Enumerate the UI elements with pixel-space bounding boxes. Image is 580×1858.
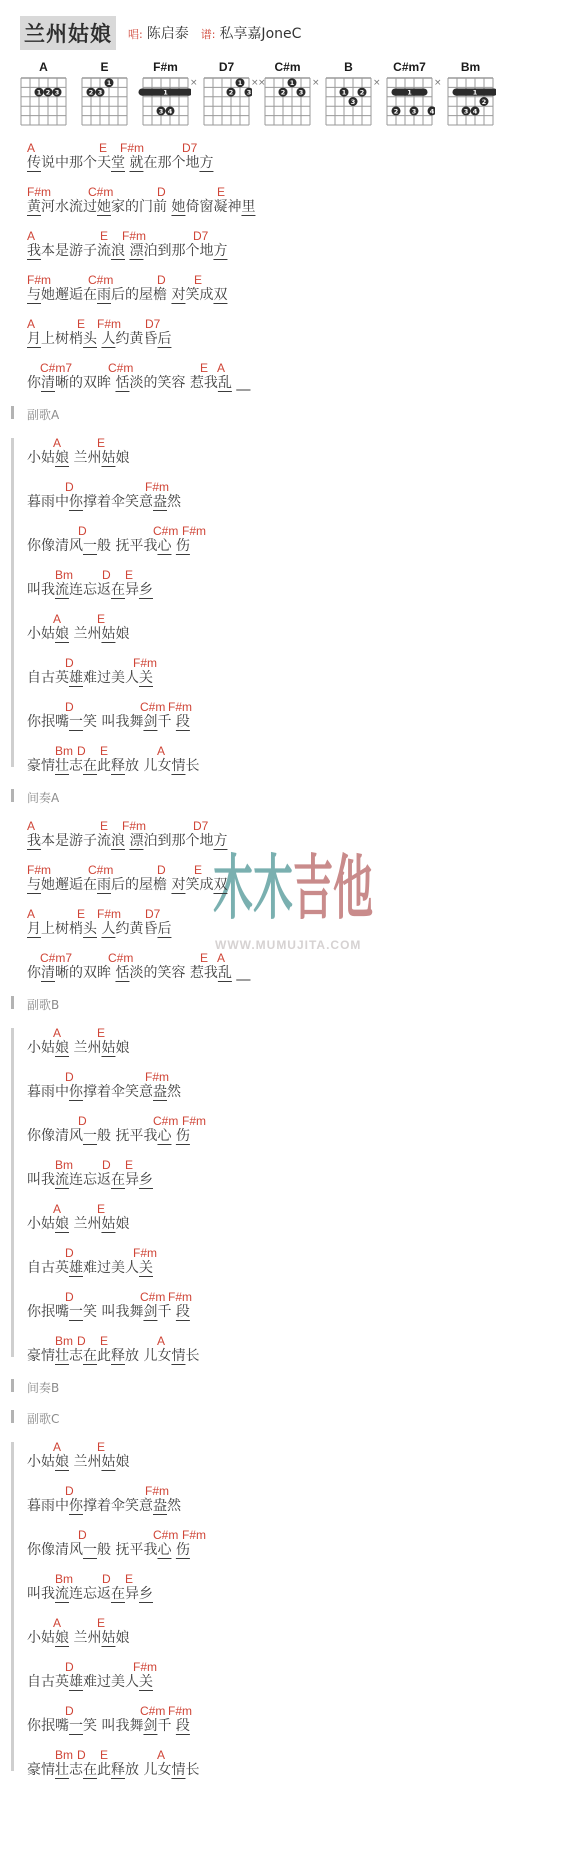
chord-label: C#m xyxy=(88,185,113,199)
chord-label: A xyxy=(27,229,35,243)
lyric-text: 自古英雄难过美人关 xyxy=(27,1260,547,1277)
lyric-line-block: F#mC#mDE黄河水流过她家的门前 她倚窗凝神里 xyxy=(27,184,547,216)
lyric-text: 传说中那个天堂 就在那个地方 xyxy=(27,155,547,172)
lyric-text: 你清晰的双眸 恬淡的笑容 惹我乱 __ xyxy=(27,965,547,982)
lyric-line-block: DC#mF#m你像清风一般 抚平我心 伤 xyxy=(27,1527,547,1559)
svg-text:1: 1 xyxy=(37,89,42,97)
chord-row: BmDEA xyxy=(27,1747,547,1762)
chord-label: F#m xyxy=(168,1290,192,1304)
lyric-line-block: F#mC#mDE与她邂逅在雨后的屋檐 对笑成双 xyxy=(27,272,547,304)
svg-text:2: 2 xyxy=(394,107,399,115)
lyric-text: 暮雨中你撑着伞笑意盎然 xyxy=(27,1498,547,1515)
chord-label: F#m xyxy=(133,1246,157,1260)
chord-row: DC#mF#m xyxy=(27,523,547,538)
chord-label: A xyxy=(157,744,165,758)
chord-label: E xyxy=(100,1334,108,1348)
section: 副歌AAE小姑娘 兰州姑娘DF#m暮雨中你撑着伞笑意盎然DC#mF#m你像清风一… xyxy=(27,406,547,775)
chord-label: A xyxy=(217,951,225,965)
svg-text:2: 2 xyxy=(482,98,487,106)
lyric-text: 小姑娘 兰州姑娘 xyxy=(27,1040,547,1057)
chord-label: D xyxy=(78,524,87,538)
chord-row: AE xyxy=(27,1439,547,1454)
chord-label: Bm xyxy=(55,1748,73,1762)
section: 副歌CAE小姑娘 兰州姑娘DF#m暮雨中你撑着伞笑意盎然DC#mF#m你像清风一… xyxy=(27,1410,547,1779)
lyric-line-block: DF#m暮雨中你撑着伞笑意盎然 xyxy=(27,479,547,511)
chord-row: AE xyxy=(27,1615,547,1630)
chord-diagram: E123 xyxy=(68,60,129,128)
lyric-line-block: AEF#mD7月上树梢头 人约黄昏后 xyxy=(27,316,547,348)
lyric-line-block: BmDEA豪情壮志在此释放 儿女情长 xyxy=(27,1333,547,1365)
chord-label: E xyxy=(125,568,133,582)
chord-label: E xyxy=(200,361,208,375)
chord-label: F#m xyxy=(122,819,146,833)
chord-label: E xyxy=(194,273,202,287)
chord-label: C#m xyxy=(88,273,113,287)
chord-label: E xyxy=(125,1158,133,1172)
lyric-line-block: BmDEA豪情壮志在此释放 儿女情长 xyxy=(27,1747,547,1779)
section-lines: AEF#mD7我本是游子流浪 漂泊到那个地方F#mC#mDE与她邂逅在雨后的屋檐… xyxy=(27,818,547,982)
singer-label: 唱: xyxy=(128,26,143,42)
chord-row: BmDEA xyxy=(27,743,547,758)
muted-string-x-icon: × xyxy=(373,78,381,88)
chord-label: D7 xyxy=(193,819,208,833)
chord-label: F#m xyxy=(122,229,146,243)
lyric-text: 你抿嘴一笑 叫我舞剑千 段 xyxy=(27,1304,547,1321)
chord-label: F#m xyxy=(133,1660,157,1674)
chord-label: Bm xyxy=(55,1572,73,1586)
section: AEF#mD7传说中那个天堂 就在那个地方F#mC#mDE黄河水流过她家的门前 … xyxy=(27,140,547,392)
lyric-line-block: AE小姑娘 兰州姑娘 xyxy=(27,1615,547,1647)
chord-label: D xyxy=(102,568,111,582)
chord-row: AEF#mD7 xyxy=(27,316,547,331)
chord-diagram: C#m7×1234 xyxy=(373,60,434,128)
chord-name: C#m7 xyxy=(387,60,432,74)
header: 兰州姑娘 唱: 陈启泰 谱: 私享嘉JoneC xyxy=(0,0,580,50)
chord-label: C#m xyxy=(140,700,165,714)
chord-grid: 134 xyxy=(129,74,191,128)
lyric-text: 暮雨中你撑着伞笑意盎然 xyxy=(27,1084,547,1101)
chord-label: C#m xyxy=(140,1290,165,1304)
chord-label: A xyxy=(53,1202,61,1216)
chord-grid: ×123 xyxy=(312,74,374,128)
chord-row: DC#mF#m xyxy=(27,1289,547,1304)
chord-label: Bm xyxy=(55,744,73,758)
lyric-line-block: AE小姑娘 兰州姑娘 xyxy=(27,1025,547,1057)
chord-row: AEF#mD7 xyxy=(27,818,547,833)
lyric-text: 你清晰的双眸 恬淡的笑容 惹我乱 __ xyxy=(27,375,547,392)
lyric-text: 与她邂逅在雨后的屋檐 对笑成双 xyxy=(27,877,547,894)
section-lines: AE小姑娘 兰州姑娘DF#m暮雨中你撑着伞笑意盎然DC#mF#m你像清风一般 抚… xyxy=(27,1025,547,1365)
chord-label: D xyxy=(65,1484,74,1498)
chord-label: E xyxy=(200,951,208,965)
singer-name: 陈启泰 xyxy=(147,23,189,43)
svg-text:3: 3 xyxy=(159,107,164,115)
chord-label: E xyxy=(97,436,105,450)
lyric-line-block: F#mC#mDE与她邂逅在雨后的屋檐 对笑成双 xyxy=(27,862,547,894)
chord-grid: ×1234 xyxy=(434,74,496,128)
song: AEF#mD7传说中那个天堂 就在那个地方F#mC#mDE黄河水流过她家的门前 … xyxy=(27,140,547,1779)
lyric-line-block: AEF#mD7我本是游子流浪 漂泊到那个地方 xyxy=(27,818,547,850)
chord-row: DC#mF#m xyxy=(27,699,547,714)
chord-name: Bm xyxy=(448,60,493,74)
chord-label: A xyxy=(27,907,35,921)
lyric-text: 月上树梢头 人约黄昏后 xyxy=(27,331,547,348)
chord-label: E xyxy=(77,907,85,921)
lyric-text: 叫我流连忘返在异乡 xyxy=(27,1586,547,1603)
arranger-label: 谱: xyxy=(201,26,216,42)
lyric-text: 你抿嘴一笑 叫我舞剑千 段 xyxy=(27,1718,547,1735)
chord-label: C#m xyxy=(108,361,133,375)
chord-label: D xyxy=(78,1114,87,1128)
chord-row: DF#m xyxy=(27,479,547,494)
chord-row: DF#m xyxy=(27,655,547,670)
lyric-text: 小姑娘 兰州姑娘 xyxy=(27,1216,547,1233)
lyric-text: 小姑娘 兰州姑娘 xyxy=(27,1630,547,1647)
lyric-line-block: DF#m自古英雄难过美人关 xyxy=(27,655,547,687)
chord-label: D7 xyxy=(145,907,160,921)
lyric-line-block: AE小姑娘 兰州姑娘 xyxy=(27,435,547,467)
chord-row: DF#m xyxy=(27,1483,547,1498)
chord-grid: ×123 xyxy=(190,74,252,128)
lyric-text: 豪情壮志在此释放 儿女情长 xyxy=(27,1762,547,1779)
chord-label: Bm xyxy=(55,1158,73,1172)
chord-name: D7 xyxy=(204,60,249,74)
chord-label: C#m7 xyxy=(40,951,72,965)
chord-label: F#m xyxy=(27,863,51,877)
chord-grid: ×1234 xyxy=(373,74,435,128)
chord-row: BmDE xyxy=(27,1157,547,1172)
chord-row: DC#mF#m xyxy=(27,1113,547,1128)
chord-label: A xyxy=(53,1026,61,1040)
chord-label: E xyxy=(100,229,108,243)
chord-label: A xyxy=(157,1334,165,1348)
lyric-line-block: BmDE叫我流连忘返在异乡 xyxy=(27,1157,547,1189)
chord-label: E xyxy=(125,1572,133,1586)
chord-label: D xyxy=(157,185,166,199)
chord-label: E xyxy=(100,1748,108,1762)
svg-text:3: 3 xyxy=(98,89,103,97)
chord-label: C#m7 xyxy=(40,361,72,375)
chord-row: C#m7C#mEA xyxy=(27,360,547,375)
chord-row: AEF#mD7 xyxy=(27,228,547,243)
chord-label: E xyxy=(194,863,202,877)
chord-row: AEF#mD7 xyxy=(27,140,547,155)
lyric-line-block: C#m7C#mEA你清晰的双眸 恬淡的笑容 惹我乱 __ xyxy=(27,950,547,982)
chord-label: D xyxy=(157,273,166,287)
svg-text:1: 1 xyxy=(163,89,168,97)
lyric-line-block: DC#mF#m你抿嘴一笑 叫我舞剑千 段 xyxy=(27,699,547,731)
section: 副歌BAE小姑娘 兰州姑娘DF#m暮雨中你撑着伞笑意盎然DC#mF#m你像清风一… xyxy=(27,996,547,1365)
chord-label: Bm xyxy=(55,568,73,582)
chord-name: F#m xyxy=(143,60,188,74)
chord-diagram: F#m134 xyxy=(129,60,190,128)
chord-row: DF#m xyxy=(27,1069,547,1084)
lyric-text: 你抿嘴一笑 叫我舞剑千 段 xyxy=(27,714,547,731)
chord-label: A xyxy=(27,819,35,833)
lyric-line-block: AEF#mD7我本是游子流浪 漂泊到那个地方 xyxy=(27,228,547,260)
section-label: 间奏B xyxy=(27,1379,547,1396)
chord-label: A xyxy=(27,317,35,331)
chord-label: F#m xyxy=(168,1704,192,1718)
svg-text:4: 4 xyxy=(168,107,173,115)
lyric-line-block: AEF#mD7传说中那个天堂 就在那个地方 xyxy=(27,140,547,172)
chord-label: C#m xyxy=(88,863,113,877)
chord-label: D xyxy=(65,656,74,670)
lyric-line-block: BmDEA豪情壮志在此释放 儿女情长 xyxy=(27,743,547,775)
chord-label: F#m xyxy=(145,1070,169,1084)
chord-label: A xyxy=(217,361,225,375)
chord-label: D7 xyxy=(182,141,197,155)
chord-label: D xyxy=(65,480,74,494)
section: 间奏AAEF#mD7我本是游子流浪 漂泊到那个地方F#mC#mDE与她邂逅在雨后… xyxy=(27,789,547,982)
chord-row: AE xyxy=(27,1025,547,1040)
chord-diagram: C#m××123 xyxy=(251,60,312,128)
chord-row: F#mC#mDE xyxy=(27,272,547,287)
chord-label: E xyxy=(217,185,225,199)
chord-label: D7 xyxy=(145,317,160,331)
lyric-text: 黄河水流过她家的门前 她倚窗凝神里 xyxy=(27,199,547,216)
svg-text:1: 1 xyxy=(407,89,412,97)
chord-grid: 123 xyxy=(68,74,130,128)
chord-label: F#m xyxy=(168,700,192,714)
chord-label: F#m xyxy=(182,1528,206,1542)
chord-label: E xyxy=(77,317,85,331)
lyric-text: 你像清风一般 抚平我心 伤 xyxy=(27,1542,547,1559)
chord-diagram: D7×123 xyxy=(190,60,251,128)
chord-label: F#m xyxy=(145,1484,169,1498)
chord-row: DF#m xyxy=(27,1245,547,1260)
lyric-line-block: C#m7C#mEA你清晰的双眸 恬淡的笑容 惹我乱 __ xyxy=(27,360,547,392)
chord-label: D xyxy=(65,1290,74,1304)
chord-row: AE xyxy=(27,435,547,450)
lyric-text: 你像清风一般 抚平我心 伤 xyxy=(27,1128,547,1145)
chord-row: DC#mF#m xyxy=(27,1703,547,1718)
chord-name: B xyxy=(326,60,371,74)
chord-label: A xyxy=(53,612,61,626)
chord-label: A xyxy=(53,436,61,450)
lyric-text: 与她邂逅在雨后的屋檐 对笑成双 xyxy=(27,287,547,304)
lyric-line-block: AE小姑娘 兰州姑娘 xyxy=(27,1201,547,1233)
chord-label: F#m xyxy=(120,141,144,155)
chord-label: A xyxy=(157,1748,165,1762)
chord-diagram: Bm×1234 xyxy=(434,60,495,128)
chord-row: BmDE xyxy=(27,1571,547,1586)
svg-text:3: 3 xyxy=(412,107,417,115)
chord-row: BmDE xyxy=(27,567,547,582)
lyric-text: 我本是游子流浪 漂泊到那个地方 xyxy=(27,243,547,260)
svg-text:2: 2 xyxy=(281,89,286,97)
lyric-text: 我本是游子流浪 漂泊到那个地方 xyxy=(27,833,547,850)
lyric-line-block: DC#mF#m你像清风一般 抚平我心 伤 xyxy=(27,523,547,555)
chord-label: C#m xyxy=(153,1528,178,1542)
svg-text:1: 1 xyxy=(473,89,478,97)
lyric-line-block: DC#mF#m你像清风一般 抚平我心 伤 xyxy=(27,1113,547,1145)
svg-text:3: 3 xyxy=(55,89,60,97)
chord-label: F#m xyxy=(97,907,121,921)
chord-label: E xyxy=(97,612,105,626)
lyric-text: 自古英雄难过美人关 xyxy=(27,670,547,687)
chord-label: F#m xyxy=(97,317,121,331)
chord-label: D7 xyxy=(193,229,208,243)
section-label: 副歌C xyxy=(27,1410,547,1427)
arranger-name: 私享嘉JoneC xyxy=(219,23,301,43)
lyric-text: 豪情壮志在此释放 儿女情长 xyxy=(27,758,547,775)
chord-label: D xyxy=(65,1704,74,1718)
chord-diagrams-row: A123E123F#m134D7×123C#m××123B×123C#m7×12… xyxy=(0,60,580,128)
chord-label: D xyxy=(65,1070,74,1084)
svg-text:2: 2 xyxy=(229,89,234,97)
chord-label: E xyxy=(97,1026,105,1040)
chord-label: E xyxy=(97,1202,105,1216)
lyric-line-block: DF#m暮雨中你撑着伞笑意盎然 xyxy=(27,1483,547,1515)
muted-string-x-icon: × xyxy=(434,78,442,88)
chord-label: C#m xyxy=(153,524,178,538)
lyric-line-block: DC#mF#m你抿嘴一笑 叫我舞剑千 段 xyxy=(27,1289,547,1321)
chord-label: D xyxy=(78,1528,87,1542)
lyric-line-block: DF#m自古英雄难过美人关 xyxy=(27,1659,547,1691)
chord-label: A xyxy=(53,1440,61,1454)
chord-label: D xyxy=(77,744,86,758)
svg-text:2: 2 xyxy=(89,89,94,97)
chord-label: C#m xyxy=(108,951,133,965)
muted-string-x-icon: × xyxy=(258,78,266,88)
chord-diagram: A123 xyxy=(7,60,68,128)
chord-name: E xyxy=(82,60,127,74)
chord-grid: ××123 xyxy=(251,74,313,128)
chord-row: AE xyxy=(27,1201,547,1216)
svg-text:1: 1 xyxy=(342,89,347,97)
chord-label: D xyxy=(102,1572,111,1586)
lyric-text: 豪情壮志在此释放 儿女情长 xyxy=(27,1348,547,1365)
chord-label: C#m xyxy=(153,1114,178,1128)
chord-label: C#m xyxy=(140,1704,165,1718)
chord-row: BmDEA xyxy=(27,1333,547,1348)
muted-string-x-icon: × xyxy=(190,78,198,88)
lyric-text: 月上树梢头 人约黄昏后 xyxy=(27,921,547,938)
svg-text:2: 2 xyxy=(46,89,51,97)
lyric-line-block: AE小姑娘 兰州姑娘 xyxy=(27,611,547,643)
chord-row: DF#m xyxy=(27,1659,547,1674)
lyric-text: 小姑娘 兰州姑娘 xyxy=(27,450,547,467)
lyric-text: 小姑娘 兰州姑娘 xyxy=(27,626,547,643)
chord-label: A xyxy=(53,1616,61,1630)
chord-label: E xyxy=(97,1616,105,1630)
lyric-line-block: BmDE叫我流连忘返在异乡 xyxy=(27,1571,547,1603)
lyric-line-block: BmDE叫我流连忘返在异乡 xyxy=(27,567,547,599)
section-lines: AE小姑娘 兰州姑娘DF#m暮雨中你撑着伞笑意盎然DC#mF#m你像清风一般 抚… xyxy=(27,435,547,775)
svg-text:3: 3 xyxy=(351,98,356,106)
chord-label: D xyxy=(65,1660,74,1674)
chord-label: E xyxy=(100,744,108,758)
lyric-text: 自古英雄难过美人关 xyxy=(27,1674,547,1691)
chord-row: AEF#mD7 xyxy=(27,906,547,921)
chord-name: C#m xyxy=(265,60,310,74)
svg-text:4: 4 xyxy=(473,107,478,115)
chord-label: A xyxy=(27,141,35,155)
chord-diagram: B×123 xyxy=(312,60,373,128)
svg-text:2: 2 xyxy=(360,89,365,97)
chord-row: F#mC#mDE xyxy=(27,184,547,199)
lyric-line-block: DF#m暮雨中你撑着伞笑意盎然 xyxy=(27,1069,547,1101)
lyric-text: 叫我流连忘返在异乡 xyxy=(27,582,547,599)
chord-label: D xyxy=(157,863,166,877)
chord-label: E xyxy=(100,819,108,833)
svg-text:1: 1 xyxy=(107,79,112,87)
lyric-text: 你像清风一般 抚平我心 伤 xyxy=(27,538,547,555)
lyric-line-block: AEF#mD7月上树梢头 人约黄昏后 xyxy=(27,906,547,938)
chord-label: F#m xyxy=(145,480,169,494)
section-lines: AEF#mD7传说中那个天堂 就在那个地方F#mC#mDE黄河水流过她家的门前 … xyxy=(27,140,547,392)
chord-label: D xyxy=(77,1334,86,1348)
svg-text:3: 3 xyxy=(464,107,469,115)
svg-text:1: 1 xyxy=(290,79,295,87)
chord-label: Bm xyxy=(55,1334,73,1348)
section-lines: AE小姑娘 兰州姑娘DF#m暮雨中你撑着伞笑意盎然DC#mF#m你像清风一般 抚… xyxy=(27,1439,547,1779)
lyric-line-block: DC#mF#m你抿嘴一笑 叫我舞剑千 段 xyxy=(27,1703,547,1735)
lyric-line-block: AE小姑娘 兰州姑娘 xyxy=(27,1439,547,1471)
chord-label: D xyxy=(65,700,74,714)
chord-label: E xyxy=(97,1440,105,1454)
lyric-text: 暮雨中你撑着伞笑意盎然 xyxy=(27,494,547,511)
chord-label: F#m xyxy=(182,1114,206,1128)
chord-row: DC#mF#m xyxy=(27,1527,547,1542)
chord-label: D xyxy=(65,1246,74,1260)
svg-text:1: 1 xyxy=(238,79,243,87)
section-label: 间奏A xyxy=(27,789,547,806)
chord-row: C#m7C#mEA xyxy=(27,950,547,965)
lyric-line-block: DF#m自古英雄难过美人关 xyxy=(27,1245,547,1277)
section-label: 副歌B xyxy=(27,996,547,1013)
chord-label: E xyxy=(99,141,107,155)
chord-label: F#m xyxy=(133,656,157,670)
page-title: 兰州姑娘 xyxy=(20,16,116,50)
lyric-text: 叫我流连忘返在异乡 xyxy=(27,1172,547,1189)
chord-label: F#m xyxy=(182,524,206,538)
muted-string-x-icon: × xyxy=(312,78,320,88)
section: 间奏B xyxy=(27,1379,547,1396)
chord-label: F#m xyxy=(27,273,51,287)
chord-grid: 123 xyxy=(7,74,69,128)
chord-name: A xyxy=(21,60,66,74)
chord-label: D xyxy=(77,1748,86,1762)
chord-row: AE xyxy=(27,611,547,626)
chord-row: F#mC#mDE xyxy=(27,862,547,877)
chord-label: F#m xyxy=(27,185,51,199)
credits: 唱: 陈启泰 谱: 私享嘉JoneC xyxy=(128,23,309,43)
lyric-text: 小姑娘 兰州姑娘 xyxy=(27,1454,547,1471)
section-label: 副歌A xyxy=(27,406,547,423)
svg-text:3: 3 xyxy=(299,89,304,97)
chord-label: D xyxy=(102,1158,111,1172)
